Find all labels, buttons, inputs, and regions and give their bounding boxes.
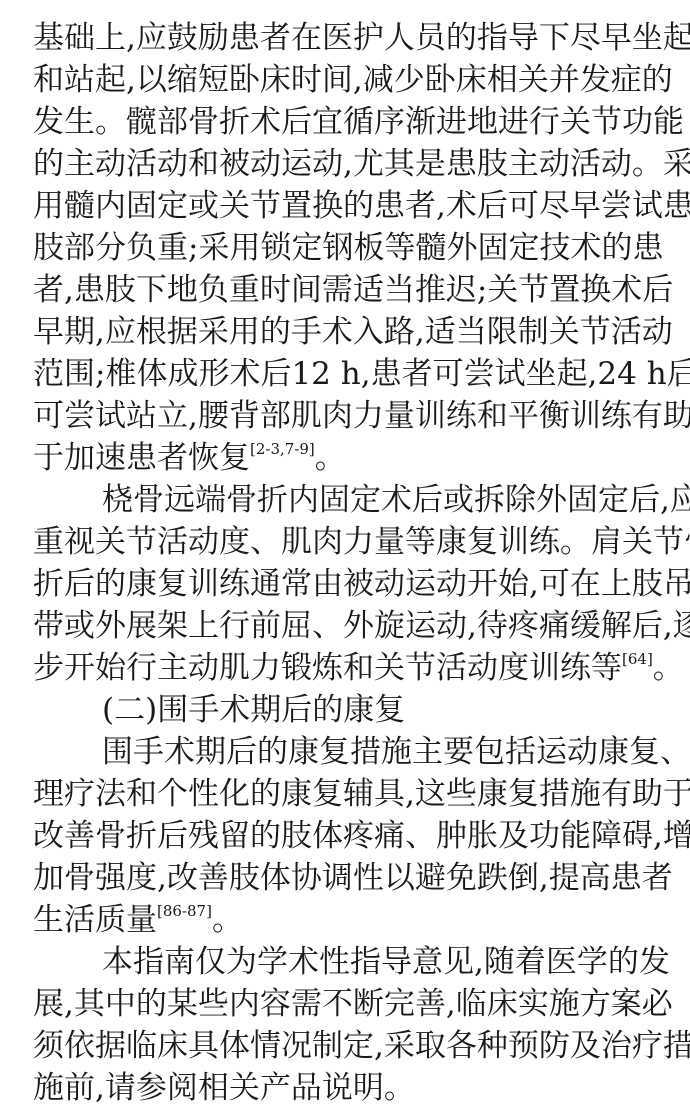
- text-line: 改善骨折后残留的肢体疼痛、肿胀及功能障碍,增: [33, 815, 657, 857]
- section-heading: (二)围手术期后的康复: [33, 689, 657, 731]
- text-line: 和站起,以缩短卧床时间,减少卧床相关并发症的: [33, 59, 657, 101]
- line-text: 于加速患者恢复: [33, 440, 250, 476]
- text-line: 桡骨远端骨折内固定术后或拆除外固定后,应: [33, 479, 657, 521]
- text-line: 肢部分负重;采用锁定钢板等髓外固定技术的患: [33, 227, 657, 269]
- text-line: 生活质量[86-87]。: [33, 899, 657, 941]
- text-line: 范围;椎体成形术后12 h,患者可尝试坐起,24 h后: [33, 353, 657, 395]
- text-line: 须依据临床具体情况制定,采取各种预防及治疗措: [33, 1025, 657, 1067]
- text-line: 带或外展架上行前屈、外旋运动,待疼痛缓解后,逐: [33, 605, 657, 647]
- text-line: 折后的康复训练通常由被动运动开始,可在上肢吊: [33, 563, 657, 605]
- text-line: 重视关节活动度、肌肉力量等康复训练。肩关节骨: [33, 521, 657, 563]
- line-end: 。: [315, 440, 346, 476]
- text-line: 发生。髋部骨折术后宜循序渐进地进行关节功能: [33, 101, 657, 143]
- text-line: 可尝试站立,腰背部肌肉力量训练和平衡训练有助: [33, 395, 657, 437]
- text-line: 的主动活动和被动运动,尤其是患肢主动活动。采: [33, 143, 657, 185]
- text-line: 加骨强度,改善肢体协调性以避免跌倒,提高患者: [33, 857, 657, 899]
- line-end: 。: [212, 902, 243, 938]
- text-line: 施前,请参阅相关产品说明。: [33, 1067, 657, 1104]
- text-line: 本指南仅为学术性指导意见,随着医学的发: [33, 941, 657, 983]
- line-text: 生活质量: [33, 902, 157, 938]
- text-line: 展,其中的某些内容需不断完善,临床实施方案必: [33, 983, 657, 1025]
- line-end: 。: [653, 650, 684, 686]
- text-line: 步开始行主动肌力锻炼和关节活动度训练等[64]。: [33, 647, 657, 689]
- line-text: 步开始行主动肌力锻炼和关节活动度训练等: [33, 650, 622, 686]
- text-line: 围手术期后的康复措施主要包括运动康复、物: [33, 731, 657, 773]
- text-line: 早期,应根据采用的手术入路,适当限制关节活动: [33, 311, 657, 353]
- citation-ref: [2-3,7-9]: [250, 440, 315, 458]
- text-line: 者,患肢下地负重时间需适当推迟;关节置换术后: [33, 269, 657, 311]
- line-text: 施前,请参阅相关产品说明。: [33, 1070, 415, 1104]
- text-line: 理疗法和个性化的康复辅具,这些康复措施有助于: [33, 773, 657, 815]
- text-line: 用髓内固定或关节置换的患者,术后可尽早尝试患: [33, 185, 657, 227]
- document-page: 基础上,应鼓励患者在医护人员的指导下尽早坐起 和站起,以缩短卧床时间,减少卧床相…: [0, 0, 690, 1104]
- citation-ref: [64]: [622, 650, 653, 668]
- text-line: 于加速患者恢复[2-3,7-9]。: [33, 437, 657, 479]
- text-line: 基础上,应鼓励患者在医护人员的指导下尽早坐起: [33, 17, 657, 59]
- citation-ref: [86-87]: [157, 902, 212, 920]
